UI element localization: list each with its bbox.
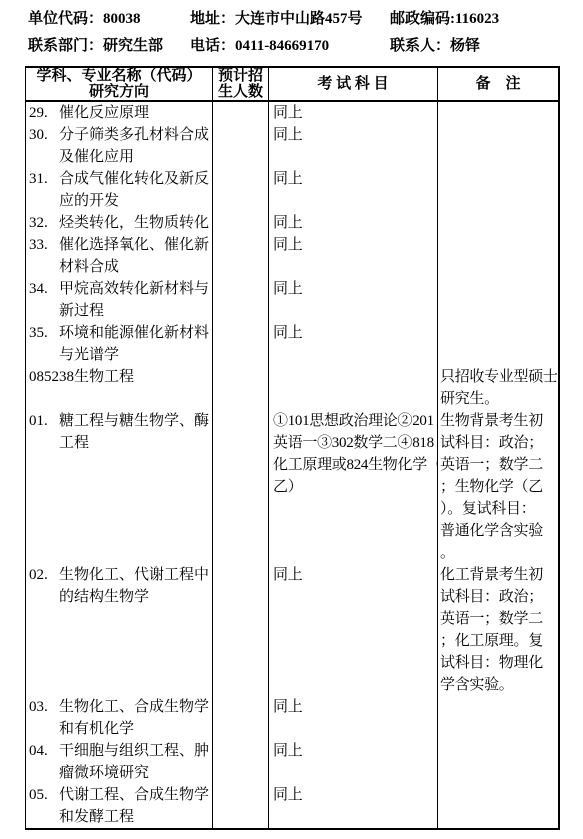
info-label: 邮政编码:	[390, 11, 455, 27]
row-number: 30.	[29, 124, 59, 146]
exam-subjects-cell: 同上	[269, 278, 438, 322]
row-number: 05.	[29, 784, 59, 806]
header-exam-subjects: 考 试 科 目	[269, 68, 438, 100]
planned-enrollment-cell	[213, 740, 269, 784]
table-row: 05.代谢工程、合成生物学 和发酵工程同上	[26, 784, 558, 828]
subject-name: 催化选择氧化、催化新 材料合成	[59, 234, 212, 278]
planned-enrollment-cell	[213, 278, 269, 322]
exam-subjects-cell: 同上	[269, 322, 438, 366]
remark-cell	[438, 696, 558, 740]
row-number: 33.	[29, 234, 59, 256]
subject-cell: 32.烃类转化，生物质转化	[26, 212, 213, 234]
info-label: 电话：	[190, 38, 235, 54]
exam-subjects-cell: 同上	[269, 564, 438, 696]
planned-enrollment-cell	[213, 564, 269, 696]
info-item: 联系人：杨铎	[390, 34, 583, 55]
table-row: 35.环境和能源催化新材料 与光谱学同上	[26, 322, 558, 366]
subject-cell: 05.代谢工程、合成生物学 和发酵工程	[26, 784, 213, 828]
table-row: 085238生物工程只招收专业型硕士 研究生。	[26, 366, 558, 410]
header-planned-enrollment: 预计招 生人数	[213, 68, 269, 100]
table-row: 01.糖工程与糖生物学、酶 工程①101思想政治理论②201 英语一③302数学…	[26, 410, 558, 564]
planned-enrollment-cell	[213, 212, 269, 234]
subject-name: 生物化工、合成生物学 和有机化学	[59, 696, 212, 740]
subject-cell: 33.催化选择氧化、催化新 材料合成	[26, 234, 213, 278]
table-row: 31.合成气催化转化及新反 应的开发同上	[26, 168, 558, 212]
info-value: 研究生部	[103, 38, 163, 54]
exam-subjects-cell: 同上	[269, 784, 438, 828]
table-header-row: 学科、专业名称（代码） 研究方向 预计招 生人数 考 试 科 目 备 注	[26, 68, 558, 102]
remark-cell	[438, 234, 558, 278]
exam-subjects-cell: 同上	[269, 740, 438, 784]
table-row: 32.烃类转化，生物质转化同上	[26, 212, 558, 234]
subject-name: 合成气催化转化及新反 应的开发	[59, 168, 212, 212]
subject-cell: 30.分子筛类多孔材料合成 及催化应用	[26, 124, 213, 168]
subject-cell: 04.干细胞与组织工程、肿 瘤微环境研究	[26, 740, 213, 784]
subject-name: 代谢工程、合成生物学 和发酵工程	[59, 784, 212, 828]
info-value: 116023	[455, 11, 499, 27]
subject-name: 分子筛类多孔材料合成 及催化应用	[59, 124, 212, 168]
remark-cell	[438, 784, 558, 828]
remark-cell	[438, 168, 558, 212]
exam-subjects-cell: 同上	[269, 124, 438, 168]
remark-cell	[438, 124, 558, 168]
table-row: 03.生物化工、合成生物学 和有机化学同上	[26, 696, 558, 740]
info-label: 联系部门：	[28, 38, 103, 54]
info-value: 0411-84669170	[235, 38, 329, 54]
admissions-table: 学科、专业名称（代码） 研究方向 预计招 生人数 考 试 科 目 备 注 29.…	[25, 66, 560, 830]
subject-cell: 31.合成气催化转化及新反 应的开发	[26, 168, 213, 212]
table-body: 29.催化反应原理同上30.分子筛类多孔材料合成 及催化应用同上31.合成气催化…	[26, 102, 558, 828]
info-value: 大连市中山路457号	[235, 11, 363, 27]
info-row: 单位代码：80038地址：大连市中山路457号邮政编码:116023	[0, 4, 583, 31]
exam-subjects-cell: 同上	[269, 102, 438, 124]
remark-cell	[438, 278, 558, 322]
planned-enrollment-cell	[213, 696, 269, 740]
row-number: 01.	[29, 410, 59, 432]
planned-enrollment-cell	[213, 366, 269, 410]
remark-cell: 化工背景考生初 试科目：政治； 英语一；数学二 ；化工原理。复 试科目：物理化 …	[438, 564, 558, 696]
remark-cell: 生物背景考生初 试科目：政治； 英语一；数学二 ；生物化学（乙 ）。复试科目： …	[438, 410, 558, 564]
table-row: 34.甲烷高效转化新材料与 新过程同上	[26, 278, 558, 322]
exam-subjects-cell: 同上	[269, 234, 438, 278]
info-item: 联系部门：研究生部	[0, 34, 190, 55]
planned-enrollment-cell	[213, 168, 269, 212]
planned-enrollment-cell	[213, 784, 269, 828]
subject-cell: 03.生物化工、合成生物学 和有机化学	[26, 696, 213, 740]
table-row: 29.催化反应原理同上	[26, 102, 558, 124]
header-remarks: 备 注	[438, 68, 558, 100]
remark-cell	[438, 102, 558, 124]
table-row: 04.干细胞与组织工程、肿 瘤微环境研究同上	[26, 740, 558, 784]
row-number: 29.	[29, 102, 59, 124]
row-number: 02.	[29, 564, 59, 586]
remark-cell: 只招收专业型硕士 研究生。	[438, 366, 558, 410]
subject-name: 生物化工、代谢工程中 的结构生物学	[59, 564, 212, 608]
info-value: 杨铎	[450, 38, 480, 54]
remark-cell	[438, 740, 558, 784]
exam-subjects-cell: 同上	[269, 696, 438, 740]
subject-cell: 01.糖工程与糖生物学、酶 工程	[26, 410, 213, 564]
remark-cell	[438, 322, 558, 366]
exam-subjects-cell: 同上	[269, 168, 438, 212]
table-row: 30.分子筛类多孔材料合成 及催化应用同上	[26, 124, 558, 168]
header-subject-major: 学科、专业名称（代码） 研究方向	[26, 68, 213, 100]
row-number: 31.	[29, 168, 59, 190]
planned-enrollment-cell	[213, 234, 269, 278]
subject-name: 糖工程与糖生物学、酶 工程	[59, 410, 212, 454]
subject-name: 干细胞与组织工程、肿 瘤微环境研究	[59, 740, 212, 784]
subject-name: 甲烷高效转化新材料与 新过程	[59, 278, 212, 322]
subject-cell: 29.催化反应原理	[26, 102, 213, 124]
info-value: 80038	[103, 11, 141, 27]
subject-name: 催化反应原理	[59, 102, 212, 124]
exam-subjects-cell: 同上	[269, 212, 438, 234]
row-number: 35.	[29, 322, 59, 344]
subject-cell: 35.环境和能源催化新材料 与光谱学	[26, 322, 213, 366]
info-label: 地址：	[190, 11, 235, 27]
planned-enrollment-cell	[213, 102, 269, 124]
exam-subjects-cell	[269, 366, 438, 410]
subject-name: 085238生物工程	[29, 366, 212, 388]
remark-cell	[438, 212, 558, 234]
subject-cell: 085238生物工程	[26, 366, 213, 410]
exam-subjects-cell: ①101思想政治理论②201 英语一③302数学二④818 化工原理或824生物…	[269, 410, 438, 564]
info-item: 电话：0411-84669170	[190, 34, 390, 55]
admissions-document-page: 单位代码：80038地址：大连市中山路457号邮政编码:116023联系部门：研…	[0, 0, 583, 839]
contact-info-section: 单位代码：80038地址：大连市中山路457号邮政编码:116023联系部门：研…	[0, 0, 583, 58]
table-row: 02.生物化工、代谢工程中 的结构生物学同上化工背景考生初 试科目：政治； 英语…	[26, 564, 558, 696]
row-number: 03.	[29, 696, 59, 718]
row-number: 32.	[29, 212, 59, 234]
planned-enrollment-cell	[213, 322, 269, 366]
subject-cell: 34.甲烷高效转化新材料与 新过程	[26, 278, 213, 322]
row-number: 04.	[29, 740, 59, 762]
planned-enrollment-cell	[213, 410, 269, 564]
subject-cell: 02.生物化工、代谢工程中 的结构生物学	[26, 564, 213, 696]
table-row: 33.催化选择氧化、催化新 材料合成同上	[26, 234, 558, 278]
info-label: 单位代码：	[28, 11, 103, 27]
row-number: 34.	[29, 278, 59, 300]
planned-enrollment-cell	[213, 124, 269, 168]
info-item: 单位代码：80038	[0, 7, 190, 28]
info-item: 邮政编码:116023	[390, 7, 583, 28]
subject-name: 环境和能源催化新材料 与光谱学	[59, 322, 212, 366]
subject-name: 烃类转化，生物质转化	[59, 212, 212, 234]
info-row: 联系部门：研究生部电话：0411-84669170联系人：杨铎	[0, 31, 583, 58]
info-label: 联系人：	[390, 38, 450, 54]
info-item: 地址：大连市中山路457号	[190, 7, 390, 28]
